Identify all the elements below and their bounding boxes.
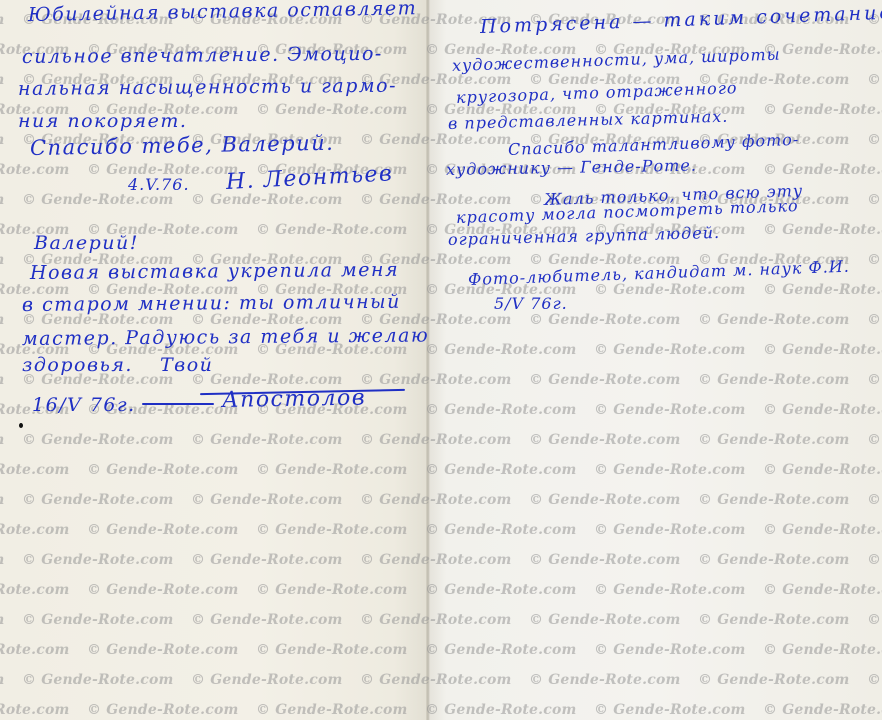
left-entry2-greeting: Валерий! — [34, 232, 139, 254]
left-entry1-date: 4.V.76. — [128, 175, 190, 194]
left-entry2-line3: мастер. Радуюсь за тебя и желаю — [22, 324, 429, 350]
guest-book-spread: © Gende-Rote.com© Gende-Rote.com© Gende-… — [0, 0, 882, 720]
ink-dot — [19, 423, 23, 428]
left-entry1-line2: сильное впечатление. Эмоцио- — [22, 43, 383, 68]
left-entry2-date: 16/V 76г. — [32, 394, 136, 416]
left-entry2-closing: Твой — [160, 354, 213, 376]
left-entry2-line1: Новая выставка укрепила меня — [30, 259, 399, 284]
left-entry2-line4: здоровья. — [22, 354, 133, 376]
signature-flourish — [142, 403, 214, 405]
right-entry3-date: 5/V 76г. — [494, 294, 568, 313]
left-entry2-line2: в старом мнении: ты отличный — [22, 291, 401, 316]
page-fold — [426, 0, 430, 720]
left-entry1-line4: ния покоряет. — [18, 110, 187, 132]
left-entry1-line3: нальная насыщенность и гармо- — [18, 75, 397, 100]
